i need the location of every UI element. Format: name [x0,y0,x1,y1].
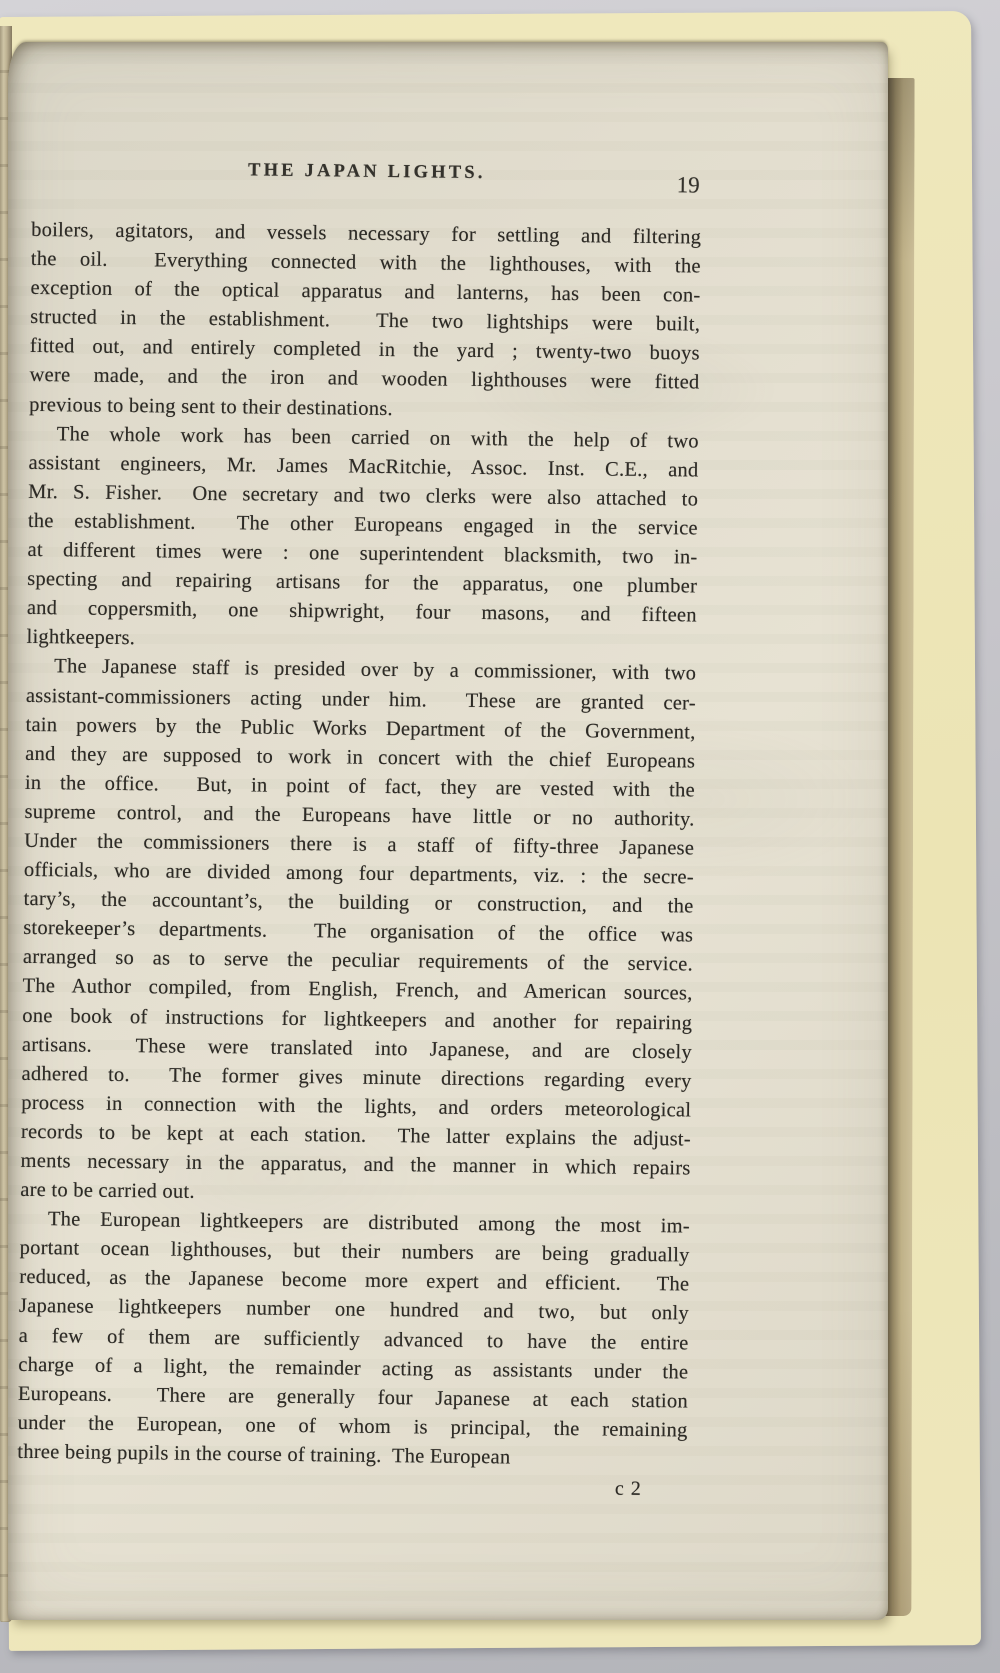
page-header: THE JAPAN LIGHTS. 19 [32,158,702,192]
page-body: boilers, agitators, and vessels necessar… [17,216,701,1475]
paragraph: boilers, agitators, and vessels necessar… [29,216,701,427]
page-content: THE JAPAN LIGHTS. 19 boilers, agitators,… [17,158,702,1505]
page-number: 19 [677,172,700,198]
paragraph: The European lightkeepers are distribute… [17,1205,690,1474]
scanned-book-photo: THE JAPAN LIGHTS. 19 boilers, agitators,… [0,0,1000,1673]
book-page: THE JAPAN LIGHTS. 19 boilers, agitators,… [8,42,888,1620]
paragraph: The whole work has been carried on with … [26,420,699,660]
signature-mark: c 2 [615,1475,687,1505]
running-header: THE JAPAN LIGHTS. [32,158,702,187]
paragraph: The Japanese staff is presided over by a… [20,652,696,1212]
